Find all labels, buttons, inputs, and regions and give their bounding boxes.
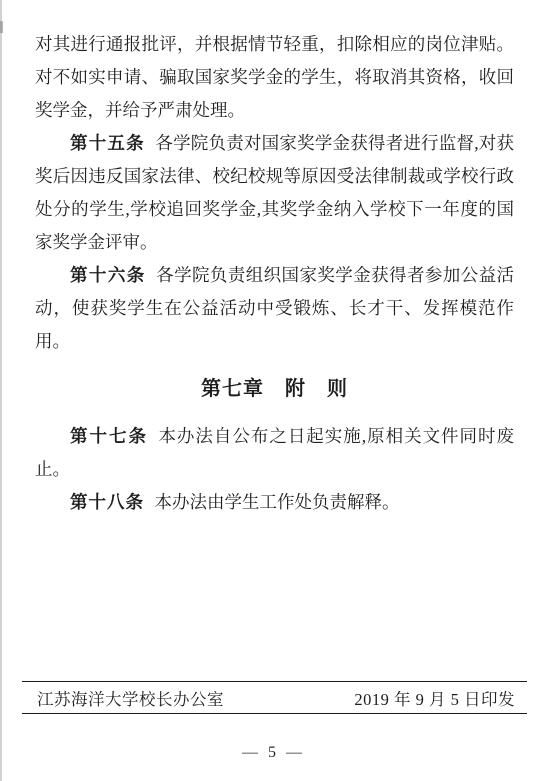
scan-speck-artifact [0,21,3,33]
document-footer: 江苏海洋大学校长办公室 2019 年 9 月 5 日印发 [22,681,527,714]
footer-rule-bottom [22,713,527,714]
page-number: — 5 — [0,744,547,762]
document-page: 对其进行通报批评，并根据情节轻重，扣除相应的岗位津贴。对不如实申请、骗取国家奖学… [0,0,547,781]
scan-edge-artifact [0,0,2,781]
paragraph-continuation: 对其进行通报批评，并根据情节轻重，扣除相应的岗位津贴。对不如实申请、骗取国家奖学… [35,28,514,127]
print-date: 2019 年 9 月 5 日印发 [354,686,515,710]
chapter-heading: 第七章 附 则 [35,372,514,406]
article-16-label: 第十六条 [70,265,146,285]
article-18-label: 第十八条 [70,492,144,512]
article-17: 第十七条本办法自公布之日起实施,原相关文件同时废止。 [35,420,514,486]
article-17-label: 第十七条 [70,426,148,446]
article-15: 第十五条各学院负责对国家奖学金获得者进行监督,对获奖后因违反国家法律、校纪校规等… [35,127,514,259]
document-body: 对其进行通报批评，并根据情节轻重，扣除相应的岗位津贴。对不如实申请、骗取国家奖学… [35,28,514,519]
article-18: 第十八条本办法由学生工作处负责解释。 [35,486,514,519]
article-15-label: 第十五条 [70,133,145,153]
footer-row: 江苏海洋大学校长办公室 2019 年 9 月 5 日印发 [22,682,527,713]
issuing-office: 江苏海洋大学校长办公室 [37,686,224,710]
article-16: 第十六条各学院负责组织国家奖学金获得者参加公益活动，使获奖学生在公益活动中受锻炼… [35,259,514,358]
article-18-text: 本办法由学生工作处负责解释。 [155,492,400,512]
